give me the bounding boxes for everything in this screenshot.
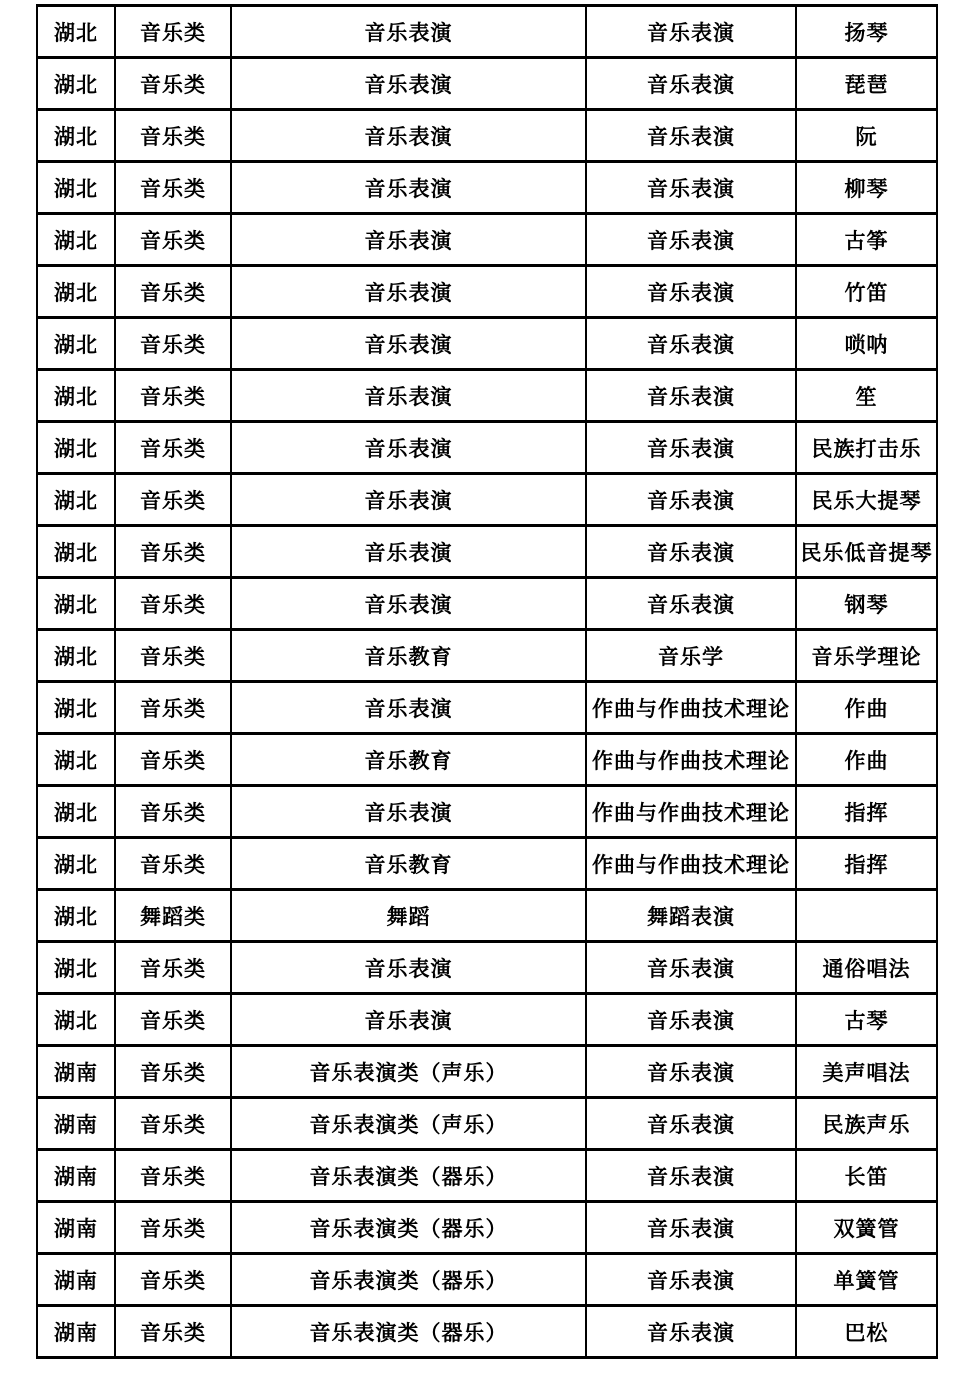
cell-specialty: 巴松 xyxy=(796,1306,937,1358)
table-row: 湖北 音乐类 音乐表演 音乐表演 钢琴 xyxy=(37,578,937,630)
table-row: 湖北 舞蹈类 舞蹈 舞蹈表演 xyxy=(37,890,937,942)
cell-specialty: 琵琶 xyxy=(796,58,937,110)
table-body: 湖北 音乐类 音乐表演 音乐表演 扬琴 湖北 音乐类 音乐表演 音乐表演 琵琶 … xyxy=(37,6,937,1358)
cell-exam-category: 音乐类 xyxy=(115,1046,231,1098)
cell-major-category: 音乐表演 xyxy=(231,318,586,370)
cell-major: 音乐表演 xyxy=(586,110,796,162)
table-row: 湖南 音乐类 音乐表演类（声乐） 音乐表演 民族声乐 xyxy=(37,1098,937,1150)
cell-major-category: 音乐表演 xyxy=(231,110,586,162)
cell-major-category: 音乐表演 xyxy=(231,942,586,994)
cell-major-category: 音乐表演 xyxy=(231,58,586,110)
cell-exam-category: 音乐类 xyxy=(115,1150,231,1202)
table-row: 湖北 音乐类 音乐表演 作曲与作曲技术理论 作曲 xyxy=(37,682,937,734)
cell-major: 音乐表演 xyxy=(586,58,796,110)
cell-specialty: 钢琴 xyxy=(796,578,937,630)
table-row: 湖北 音乐类 音乐表演 音乐表演 通俗唱法 xyxy=(37,942,937,994)
table-row: 湖北 音乐类 音乐表演 音乐表演 民乐大提琴 xyxy=(37,474,937,526)
cell-province: 湖北 xyxy=(37,266,115,318)
cell-specialty: 民乐低音提琴 xyxy=(796,526,937,578)
table-row: 湖北 音乐类 音乐教育 作曲与作曲技术理论 作曲 xyxy=(37,734,937,786)
cell-province: 湖北 xyxy=(37,734,115,786)
cell-major: 音乐表演 xyxy=(586,422,796,474)
cell-specialty: 阮 xyxy=(796,110,937,162)
table-row: 湖北 音乐类 音乐表演 音乐表演 民族打击乐 xyxy=(37,422,937,474)
table-row: 湖南 音乐类 音乐表演类（器乐） 音乐表演 单簧管 xyxy=(37,1254,937,1306)
cell-exam-category: 音乐类 xyxy=(115,1306,231,1358)
cell-specialty: 指挥 xyxy=(796,786,937,838)
cell-major: 音乐表演 xyxy=(586,1098,796,1150)
cell-specialty: 长笛 xyxy=(796,1150,937,1202)
cell-exam-category: 音乐类 xyxy=(115,526,231,578)
cell-province: 湖南 xyxy=(37,1150,115,1202)
table-row: 湖南 音乐类 音乐表演类（器乐） 音乐表演 双簧管 xyxy=(37,1202,937,1254)
cell-province: 湖北 xyxy=(37,786,115,838)
cell-major: 舞蹈表演 xyxy=(586,890,796,942)
table-row: 湖北 音乐类 音乐表演 音乐表演 古筝 xyxy=(37,214,937,266)
cell-major-category: 音乐表演 xyxy=(231,214,586,266)
cell-specialty: 民乐大提琴 xyxy=(796,474,937,526)
table-row: 湖北 音乐类 音乐教育 音乐学 音乐学理论 xyxy=(37,630,937,682)
table-row: 湖北 音乐类 音乐表演 作曲与作曲技术理论 指挥 xyxy=(37,786,937,838)
cell-exam-category: 音乐类 xyxy=(115,682,231,734)
cell-specialty: 竹笛 xyxy=(796,266,937,318)
cell-province: 湖南 xyxy=(37,1202,115,1254)
cell-major: 音乐表演 xyxy=(586,1150,796,1202)
cell-exam-category: 音乐类 xyxy=(115,1254,231,1306)
cell-specialty xyxy=(796,890,937,942)
cell-province: 湖北 xyxy=(37,110,115,162)
cell-specialty: 唢呐 xyxy=(796,318,937,370)
cell-major-category: 音乐表演 xyxy=(231,370,586,422)
cell-major: 作曲与作曲技术理论 xyxy=(586,734,796,786)
cell-province: 湖北 xyxy=(37,162,115,214)
cell-specialty: 古琴 xyxy=(796,994,937,1046)
cell-specialty: 民族打击乐 xyxy=(796,422,937,474)
cell-major: 作曲与作曲技术理论 xyxy=(586,682,796,734)
cell-province: 湖北 xyxy=(37,838,115,890)
cell-exam-category: 音乐类 xyxy=(115,6,231,58)
cell-specialty: 指挥 xyxy=(796,838,937,890)
cell-major: 音乐表演 xyxy=(586,994,796,1046)
cell-exam-category: 音乐类 xyxy=(115,370,231,422)
cell-province: 湖北 xyxy=(37,422,115,474)
cell-exam-category: 音乐类 xyxy=(115,266,231,318)
cell-exam-category: 音乐类 xyxy=(115,942,231,994)
cell-major: 音乐表演 xyxy=(586,578,796,630)
cell-major: 作曲与作曲技术理论 xyxy=(586,838,796,890)
table-row: 湖北 音乐类 音乐表演 音乐表演 柳琴 xyxy=(37,162,937,214)
cell-exam-category: 音乐类 xyxy=(115,630,231,682)
cell-major-category: 音乐表演 xyxy=(231,474,586,526)
table-row: 湖北 音乐类 音乐表演 音乐表演 琵琶 xyxy=(37,58,937,110)
cell-major: 音乐表演 xyxy=(586,266,796,318)
cell-province: 湖北 xyxy=(37,58,115,110)
cell-exam-category: 音乐类 xyxy=(115,162,231,214)
cell-major-category: 音乐表演 xyxy=(231,526,586,578)
cell-exam-category: 音乐类 xyxy=(115,214,231,266)
cell-major-category: 音乐表演 xyxy=(231,578,586,630)
cell-province: 湖南 xyxy=(37,1254,115,1306)
cell-specialty: 扬琴 xyxy=(796,6,937,58)
document-page: 湖北 音乐类 音乐表演 音乐表演 扬琴 湖北 音乐类 音乐表演 音乐表演 琵琶 … xyxy=(0,0,963,1385)
cell-province: 湖北 xyxy=(37,578,115,630)
cell-major-category: 音乐教育 xyxy=(231,734,586,786)
table-row: 湖北 音乐类 音乐教育 作曲与作曲技术理论 指挥 xyxy=(37,838,937,890)
cell-province: 湖南 xyxy=(37,1098,115,1150)
table-row: 湖南 音乐类 音乐表演类（声乐） 音乐表演 美声唱法 xyxy=(37,1046,937,1098)
cell-exam-category: 音乐类 xyxy=(115,318,231,370)
cell-major: 音乐学 xyxy=(586,630,796,682)
cell-province: 湖南 xyxy=(37,1046,115,1098)
cell-exam-category: 音乐类 xyxy=(115,1098,231,1150)
cell-province: 湖北 xyxy=(37,890,115,942)
cell-specialty: 古筝 xyxy=(796,214,937,266)
cell-exam-category: 音乐类 xyxy=(115,578,231,630)
cell-major-category: 音乐表演类（器乐） xyxy=(231,1306,586,1358)
cell-major-category: 音乐表演类（声乐） xyxy=(231,1046,586,1098)
cell-major: 音乐表演 xyxy=(586,1254,796,1306)
cell-specialty: 双簧管 xyxy=(796,1202,937,1254)
cell-exam-category: 音乐类 xyxy=(115,474,231,526)
cell-province: 湖北 xyxy=(37,682,115,734)
cell-exam-category: 舞蹈类 xyxy=(115,890,231,942)
cell-major-category: 舞蹈 xyxy=(231,890,586,942)
cell-province: 湖北 xyxy=(37,318,115,370)
cell-province: 湖北 xyxy=(37,6,115,58)
table-row: 湖北 音乐类 音乐表演 音乐表演 民乐低音提琴 xyxy=(37,526,937,578)
cell-province: 湖北 xyxy=(37,630,115,682)
cell-specialty: 音乐学理论 xyxy=(796,630,937,682)
cell-major-category: 音乐表演 xyxy=(231,682,586,734)
cell-major-category: 音乐表演 xyxy=(231,162,586,214)
cell-exam-category: 音乐类 xyxy=(115,110,231,162)
cell-province: 湖北 xyxy=(37,942,115,994)
cell-major: 音乐表演 xyxy=(586,318,796,370)
admissions-majors-table: 湖北 音乐类 音乐表演 音乐表演 扬琴 湖北 音乐类 音乐表演 音乐表演 琵琶 … xyxy=(36,4,938,1359)
cell-major: 音乐表演 xyxy=(586,474,796,526)
cell-major-category: 音乐表演类（器乐） xyxy=(231,1150,586,1202)
table-row: 湖南 音乐类 音乐表演类（器乐） 音乐表演 长笛 xyxy=(37,1150,937,1202)
table-row: 湖南 音乐类 音乐表演类（器乐） 音乐表演 巴松 xyxy=(37,1306,937,1358)
cell-major-category: 音乐教育 xyxy=(231,838,586,890)
cell-province: 湖北 xyxy=(37,994,115,1046)
cell-major-category: 音乐表演类（器乐） xyxy=(231,1202,586,1254)
cell-major: 音乐表演 xyxy=(586,526,796,578)
cell-specialty: 笙 xyxy=(796,370,937,422)
table-row: 湖北 音乐类 音乐表演 音乐表演 笙 xyxy=(37,370,937,422)
cell-major-category: 音乐表演 xyxy=(231,422,586,474)
cell-major: 音乐表演 xyxy=(586,1046,796,1098)
cell-specialty: 单簧管 xyxy=(796,1254,937,1306)
cell-major: 音乐表演 xyxy=(586,1306,796,1358)
cell-exam-category: 音乐类 xyxy=(115,1202,231,1254)
cell-major: 音乐表演 xyxy=(586,6,796,58)
cell-major-category: 音乐表演 xyxy=(231,266,586,318)
cell-specialty: 作曲 xyxy=(796,682,937,734)
cell-specialty: 民族声乐 xyxy=(796,1098,937,1150)
table-row: 湖北 音乐类 音乐表演 音乐表演 阮 xyxy=(37,110,937,162)
cell-province: 湖北 xyxy=(37,474,115,526)
cell-specialty: 作曲 xyxy=(796,734,937,786)
cell-specialty: 通俗唱法 xyxy=(796,942,937,994)
table-row: 湖北 音乐类 音乐表演 音乐表演 唢呐 xyxy=(37,318,937,370)
cell-exam-category: 音乐类 xyxy=(115,58,231,110)
cell-exam-category: 音乐类 xyxy=(115,994,231,1046)
table-row: 湖北 音乐类 音乐表演 音乐表演 扬琴 xyxy=(37,6,937,58)
cell-major: 音乐表演 xyxy=(586,162,796,214)
cell-major-category: 音乐表演 xyxy=(231,786,586,838)
cell-major: 音乐表演 xyxy=(586,370,796,422)
cell-province: 湖北 xyxy=(37,370,115,422)
cell-exam-category: 音乐类 xyxy=(115,838,231,890)
table-row: 湖北 音乐类 音乐表演 音乐表演 古琴 xyxy=(37,994,937,1046)
cell-major-category: 音乐表演 xyxy=(231,994,586,1046)
cell-province: 湖北 xyxy=(37,214,115,266)
cell-province: 湖北 xyxy=(37,526,115,578)
cell-major-category: 音乐表演类（声乐） xyxy=(231,1098,586,1150)
cell-specialty: 柳琴 xyxy=(796,162,937,214)
cell-province: 湖南 xyxy=(37,1306,115,1358)
cell-exam-category: 音乐类 xyxy=(115,734,231,786)
table-row: 湖北 音乐类 音乐表演 音乐表演 竹笛 xyxy=(37,266,937,318)
cell-exam-category: 音乐类 xyxy=(115,786,231,838)
cell-major-category: 音乐表演类（器乐） xyxy=(231,1254,586,1306)
cell-major-category: 音乐表演 xyxy=(231,6,586,58)
cell-exam-category: 音乐类 xyxy=(115,422,231,474)
cell-major: 音乐表演 xyxy=(586,214,796,266)
cell-major: 音乐表演 xyxy=(586,942,796,994)
cell-major-category: 音乐教育 xyxy=(231,630,586,682)
cell-major: 作曲与作曲技术理论 xyxy=(586,786,796,838)
cell-specialty: 美声唱法 xyxy=(796,1046,937,1098)
cell-major: 音乐表演 xyxy=(586,1202,796,1254)
